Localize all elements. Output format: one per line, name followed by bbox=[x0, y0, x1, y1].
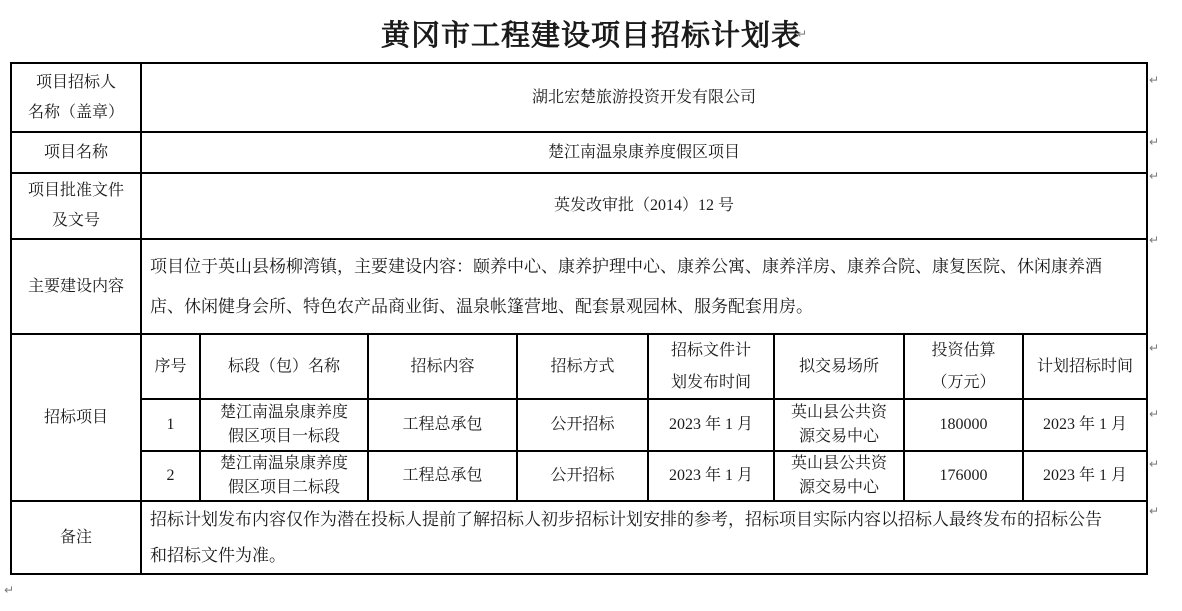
cell-bid-content: 工程总承包 bbox=[368, 399, 517, 451]
value-main-construction: 项目位于英山县杨柳湾镇，主要建设内容：颐养中心、康养护理中心、康养公寓、康养洋房… bbox=[141, 239, 1147, 334]
row-approval-document: 项目批准文件 及文号 英发改审批（2014）12 号 bbox=[11, 173, 1147, 239]
row-project-name: 项目名称 楚江南温泉康养度假区项目 bbox=[11, 132, 1147, 173]
paragraph-mark-icon: ↵ bbox=[1149, 234, 1159, 246]
paragraph-mark-icon: ↵ bbox=[1149, 136, 1159, 148]
value-approval-document: 英发改审批（2014）12 号 bbox=[141, 173, 1147, 239]
label-bidding-projects: 招标项目 bbox=[11, 334, 141, 501]
paragraph-mark-icon: ↵ bbox=[1149, 458, 1159, 470]
bidding-row-2: 2 楚江南温泉康养度 假区项目二标段 工程总承包 公开招标 2023 年 1 月… bbox=[11, 451, 1147, 501]
cell-trading-venue: 英山县公共资 源交易中心 bbox=[774, 399, 904, 451]
col-header-doc-release-time: 招标文件计 划发布时间 bbox=[648, 334, 774, 399]
label-project-bidder-name: 项目招标人 名称（盖章） bbox=[11, 63, 141, 132]
paragraph-mark-icon: ↵ bbox=[797, 28, 807, 40]
cell-planned-bid-time: 2023 年 1 月 bbox=[1023, 451, 1147, 501]
bidding-row-1: 1 楚江南温泉康养度 假区项目一标段 工程总承包 公开招标 2023 年 1 月… bbox=[11, 399, 1147, 451]
cell-seq: 2 bbox=[141, 451, 200, 501]
cell-seq: 1 bbox=[141, 399, 200, 451]
cell-bid-content: 工程总承包 bbox=[368, 451, 517, 501]
col-header-bid-content: 招标内容 bbox=[368, 334, 517, 399]
row-project-bidder: 项目招标人 名称（盖章） 湖北宏楚旅游投资开发有限公司 bbox=[11, 63, 1147, 132]
value-remark: 招标计划发布内容仅作为潜在投标人提前了解招标人初步招标计划安排的参考，招标项目实… bbox=[141, 501, 1147, 574]
col-header-bid-method: 招标方式 bbox=[517, 334, 648, 399]
cell-planned-bid-time: 2023 年 1 月 bbox=[1023, 399, 1147, 451]
row-remark: 备注 招标计划发布内容仅作为潜在投标人提前了解招标人初步招标计划安排的参考，招标… bbox=[11, 501, 1147, 574]
label-approval-document: 项目批准文件 及文号 bbox=[11, 173, 141, 239]
cell-bid-method: 公开招标 bbox=[517, 399, 648, 451]
col-header-trading-venue: 拟交易场所 bbox=[774, 334, 904, 399]
paragraph-mark-icon: ↵ bbox=[1149, 408, 1159, 420]
paragraph-mark-icon: ↵ bbox=[1149, 342, 1159, 354]
cell-investment-estimate: 180000 bbox=[904, 399, 1023, 451]
cell-bid-method: 公开招标 bbox=[517, 451, 648, 501]
value-project-bidder-name: 湖北宏楚旅游投资开发有限公司 bbox=[141, 63, 1147, 132]
col-header-seq: 序号 bbox=[141, 334, 200, 399]
cell-section-name: 楚江南温泉康养度 假区项目一标段 bbox=[200, 399, 368, 451]
cell-investment-estimate: 176000 bbox=[904, 451, 1023, 501]
value-project-name: 楚江南温泉康养度假区项目 bbox=[141, 132, 1147, 173]
page-title: 黄冈市工程建设项目招标计划表 bbox=[0, 13, 1182, 54]
cell-section-name: 楚江南温泉康养度 假区项目二标段 bbox=[200, 451, 368, 501]
cell-doc-release-time: 2023 年 1 月 bbox=[648, 451, 774, 501]
cell-trading-venue: 英山县公共资 源交易中心 bbox=[774, 451, 904, 501]
paragraph-mark-icon: ↵ bbox=[1149, 505, 1159, 517]
paragraph-mark-icon: ↵ bbox=[1149, 74, 1159, 86]
col-header-investment-estimate: 投资估算 （万元） bbox=[904, 334, 1023, 399]
paragraph-mark-icon: ↵ bbox=[1149, 170, 1159, 182]
col-header-section-name: 标段（包）名称 bbox=[200, 334, 368, 399]
paragraph-mark-icon: ↵ bbox=[4, 584, 14, 596]
label-main-construction: 主要建设内容 bbox=[11, 239, 141, 334]
label-remark: 备注 bbox=[11, 501, 141, 574]
row-main-construction: 主要建设内容 项目位于英山县杨柳湾镇，主要建设内容：颐养中心、康养护理中心、康养… bbox=[11, 239, 1147, 334]
bidding-header-row: 招标项目 序号 标段（包）名称 招标内容 招标方式 招标文件计 划发布时间 拟交… bbox=[11, 334, 1147, 399]
label-project-name: 项目名称 bbox=[11, 132, 141, 173]
col-header-planned-bid-time: 计划招标时间 bbox=[1023, 334, 1147, 399]
bidding-plan-table: 项目招标人 名称（盖章） 湖北宏楚旅游投资开发有限公司 项目名称 楚江南温泉康养… bbox=[10, 62, 1148, 575]
cell-doc-release-time: 2023 年 1 月 bbox=[648, 399, 774, 451]
